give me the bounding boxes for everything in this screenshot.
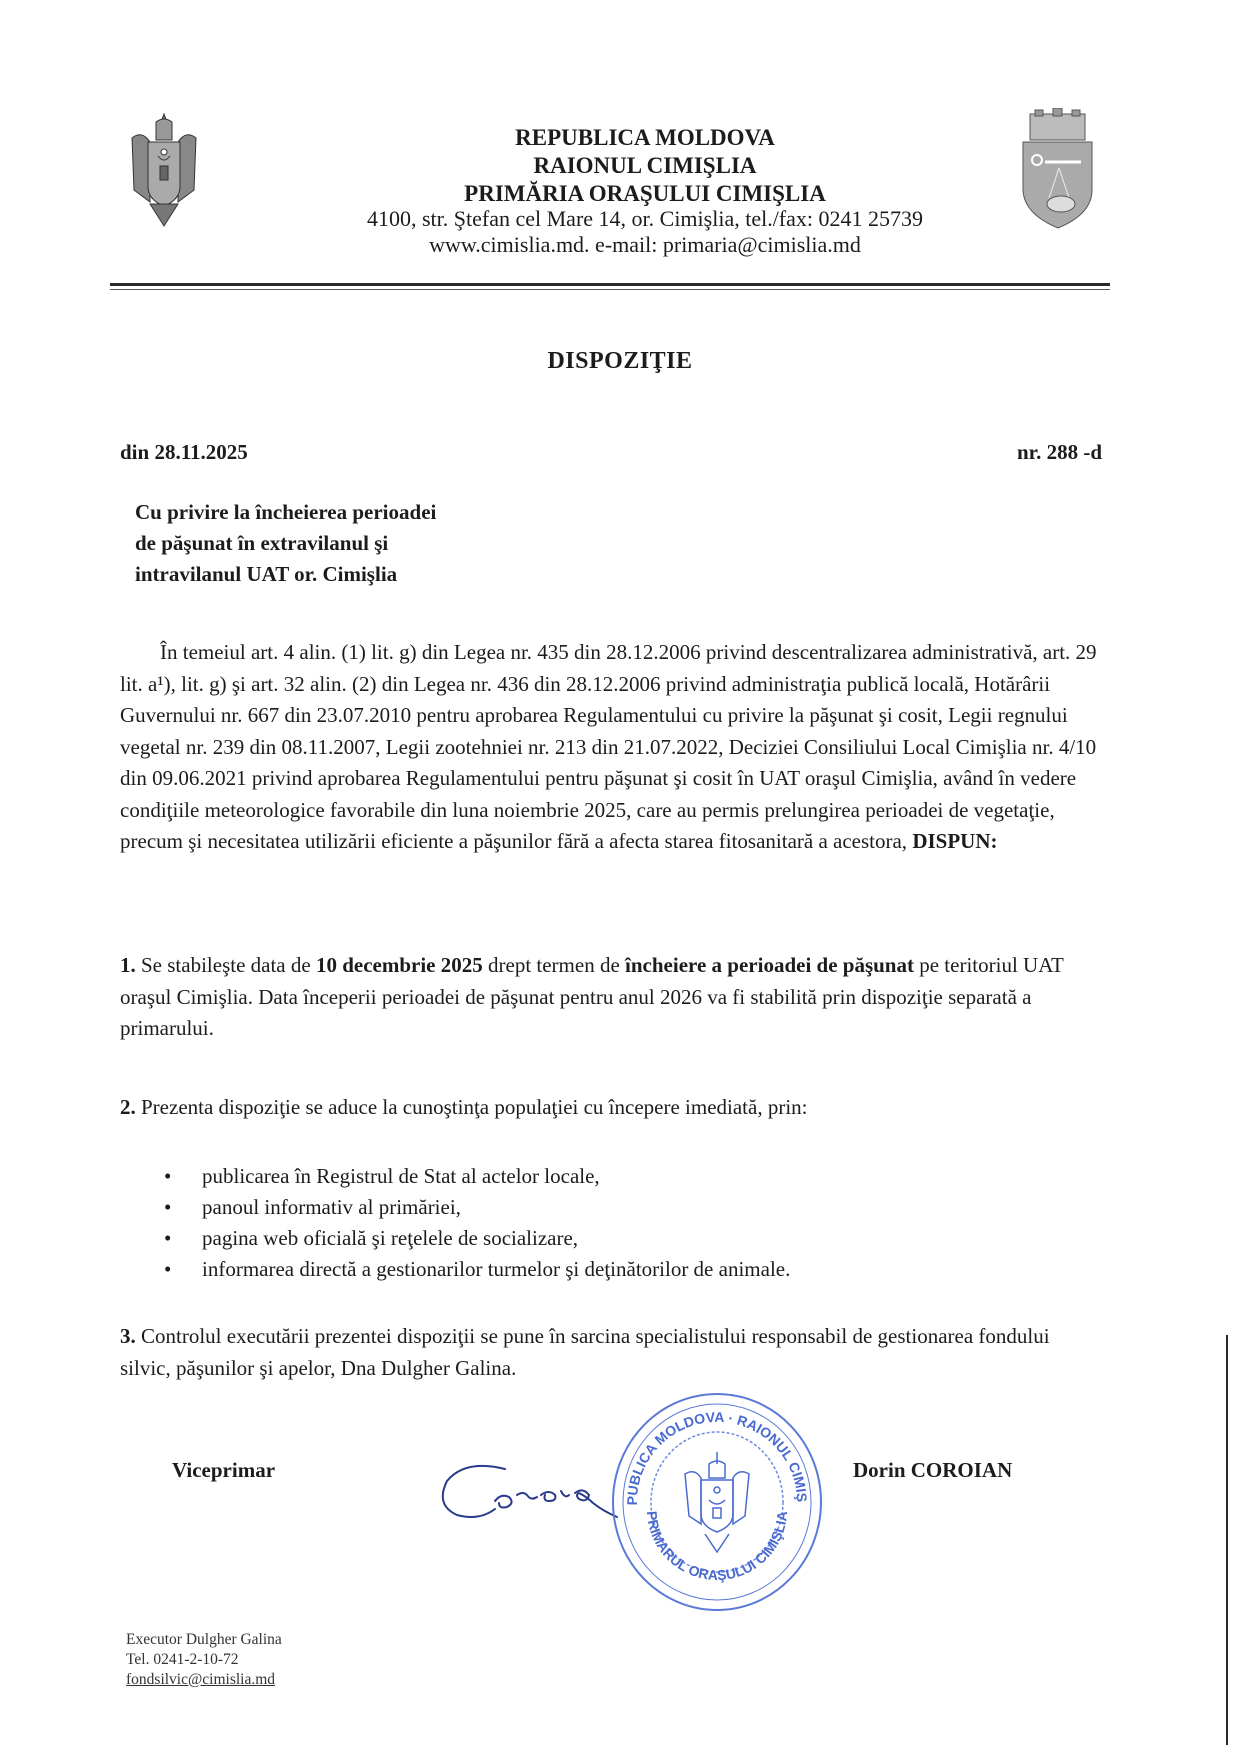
subject-line: intravilanul UAT or. Cimişlia	[135, 559, 436, 590]
header-divider-thin	[110, 289, 1110, 290]
document-date: din 28.11.2025	[120, 440, 248, 465]
dissemination-list: publicarea în Registrul de Stat al actel…	[160, 1161, 790, 1285]
document-subject: Cu privire la încheierea perioadei de pă…	[135, 497, 436, 590]
preamble-paragraph: În temeiul art. 4 alin. (1) lit. g) din …	[120, 637, 1105, 858]
executor-email-link[interactable]: fondsilvic@cimislia.md	[126, 1670, 282, 1690]
item-text: Se stabileşte data de	[136, 953, 316, 977]
executor-name: Executor Dulgher Galina	[126, 1630, 282, 1650]
subject-line: Cu privire la încheierea perioadei	[135, 497, 436, 528]
list-item: publicarea în Registrul de Stat al actel…	[160, 1161, 790, 1192]
list-item: panoul informativ al primăriei,	[160, 1192, 790, 1223]
signatory-name: Dorin COROIAN	[853, 1458, 1012, 1483]
item-bold-phrase: încheiere a perioadei de păşunat	[625, 953, 914, 977]
item-text: Controlul executării prezentei dispoziţi…	[120, 1324, 1050, 1380]
scan-edge-artifact	[1226, 1335, 1228, 1745]
item-2-paragraph: 2. Prezenta dispoziţie se aduce la cunoş…	[120, 1092, 1105, 1124]
executor-block: Executor Dulgher Galina Tel. 0241-2-10-7…	[126, 1630, 282, 1690]
dispun-keyword: DISPUN:	[912, 829, 997, 853]
header-divider-thick	[110, 283, 1110, 286]
item-bold-date: 10 decembrie 2025	[316, 953, 483, 977]
header-institution: PRIMĂRIA ORAŞULUI CIMIŞLIA	[270, 180, 1020, 208]
item-number: 3.	[120, 1324, 136, 1348]
list-item: informarea directă a gestionarilor turme…	[160, 1254, 790, 1285]
header-web-email: www.cimislia.md. e-mail: primaria@cimisl…	[270, 232, 1020, 258]
executor-phone: Tel. 0241-2-10-72	[126, 1650, 282, 1670]
document-number: nr. 288 -d	[1017, 440, 1102, 465]
item-number: 1.	[120, 953, 136, 977]
item-3-paragraph: 3. Controlul executării prezentei dispoz…	[120, 1321, 1105, 1384]
item-text: drept termen de	[483, 953, 625, 977]
item-number: 2.	[120, 1095, 136, 1119]
official-stamp-icon: REPUBLICA MOLDOVA · RAIONUL CIMIŞLIA PRI…	[605, 1390, 830, 1615]
list-item: pagina web oficială şi reţelele de socia…	[160, 1223, 790, 1254]
preamble-text: În temeiul art. 4 alin. (1) lit. g) din …	[120, 640, 1097, 853]
svg-text:PRIMARUL ORAŞULUI CIMIŞLIA: PRIMARUL ORAŞULUI CIMIŞLIA	[644, 1510, 790, 1583]
item-1-paragraph: 1. Se stabileşte data de 10 decembrie 20…	[120, 950, 1105, 1045]
moldova-coat-of-arms-icon	[128, 108, 200, 232]
cimislia-coat-of-arms-icon	[1015, 108, 1100, 232]
signatory-role: Viceprimar	[172, 1458, 275, 1483]
document-title: DISPOZIŢIE	[0, 348, 1240, 375]
header-address: 4100, str. Ştefan cel Mare 14, or. Cimiş…	[270, 206, 1020, 232]
header-country: REPUBLICA MOLDOVA	[270, 124, 1020, 152]
header-district: RAIONUL CIMIŞLIA	[270, 152, 1020, 180]
svg-text:REPUBLICA MOLDOVA · RAIONUL CI: REPUBLICA MOLDOVA · RAIONUL CIMIŞLIA	[605, 1390, 810, 1505]
subject-line: de păşunat în extravilanul şi	[135, 528, 436, 559]
item-text: Prezenta dispoziţie se aduce la cunoştin…	[136, 1095, 808, 1119]
